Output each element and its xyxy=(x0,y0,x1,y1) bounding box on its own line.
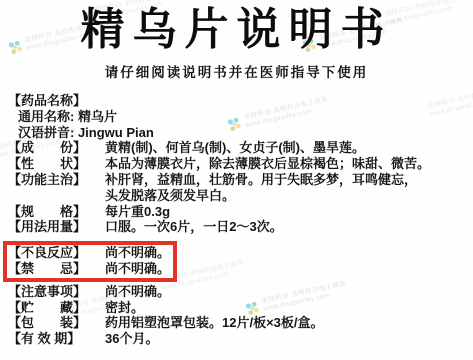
spec-row-storage: 【贮 藏】 密封。 xyxy=(8,300,469,316)
spec-row-strength: 【规 格】 每片重0.3g xyxy=(8,204,469,220)
row-label: 【不良反应】 xyxy=(8,245,105,261)
row-label: 【规 格】 xyxy=(8,204,105,220)
spec-row-adverse-reactions: 【不良反应】 尚不明确。 xyxy=(8,245,170,261)
row-label: 【用法用量】 xyxy=(8,219,105,235)
row-content: 尚不明确。 xyxy=(105,261,170,277)
highlight-box: 【不良反应】 尚不明确。 【禁 忌】 尚不明确。 xyxy=(3,241,177,282)
row-content: 尚不明确。 xyxy=(105,245,170,261)
spec-row-contraindications: 【禁 忌】 尚不明确。 xyxy=(8,261,170,277)
row-content: 36个月。 xyxy=(105,331,158,347)
drug-leaflet: 美特药谷 美特药谷电子商务www.drugvalley.com 美特药谷 美特药… xyxy=(0,0,473,360)
page-title: 精乌片说明书 xyxy=(0,0,473,55)
row-label: 【禁 忌】 xyxy=(8,261,105,277)
row-content: 黄精(制)、何首乌(制)、女贞子(制)、墨旱莲。 xyxy=(105,140,365,156)
usage-warning-subtitle: 请仔细阅读说明书并在医师指导下使用 xyxy=(0,61,473,81)
row-label: 【注意事项】 xyxy=(8,284,105,300)
leaflet-body: 【药品名称】 通用名称: 精乌片 汉语拼音: Jingwu Pian 【成 份】… xyxy=(8,93,469,347)
row-content: 汉语拼音: Jingwu Pian xyxy=(18,125,154,141)
spec-row-packaging: 【包 装】 药用铝塑泡罩包装。12片/板×3板/盒。 xyxy=(8,315,469,331)
spec-row-ingredients: 【成 份】 黄精(制)、何首乌(制)、女贞子(制)、墨旱莲。 xyxy=(8,140,469,156)
spec-row-functions: 【功能主治】 补肝肾，益精血，壮筋骨。用于失眠多梦，耳鸣健忘， xyxy=(8,172,469,188)
row-content: 每片重0.3g xyxy=(105,204,170,220)
spec-row-functions-cont: 头发脱落及须发早白。 xyxy=(8,188,469,204)
row-content: 通用名称: 精乌片 xyxy=(18,109,117,125)
row-label: 【成 份】 xyxy=(8,140,105,156)
spec-row-dosage: 【用法用量】 口服。一次6片，一日2～3次。 xyxy=(8,219,469,235)
row-content: 药用铝塑泡罩包装。12片/板×3板/盒。 xyxy=(105,315,324,331)
row-content: 密封。 xyxy=(105,300,144,316)
row-label: 【有 效 期】 xyxy=(8,331,105,347)
row-content: 口服。一次6片，一日2～3次。 xyxy=(105,219,283,235)
row-content: 头发脱落及须发早白。 xyxy=(105,188,235,204)
spec-row-description: 【性 状】 本品为薄膜衣片，除去薄膜衣后显棕褐色；味甜、微苦。 xyxy=(8,156,469,172)
spec-row-generic-name: 通用名称: 精乌片 xyxy=(8,109,469,125)
row-label: 【药品名称】 xyxy=(8,93,105,109)
spec-row-pinyin: 汉语拼音: Jingwu Pian xyxy=(8,125,469,141)
row-content: 尚不明确。 xyxy=(105,284,170,300)
row-label: 【性 状】 xyxy=(8,156,105,172)
row-label: 【贮 藏】 xyxy=(8,300,105,316)
spec-row-drug-name: 【药品名称】 xyxy=(8,93,469,109)
spec-row-shelf-life: 【有 效 期】 36个月。 xyxy=(8,331,469,347)
row-label: 【功能主治】 xyxy=(8,172,105,188)
row-content: 本品为薄膜衣片，除去薄膜衣后显棕褐色；味甜、微苦。 xyxy=(105,156,430,172)
row-label: 【包 装】 xyxy=(8,315,105,331)
row-content: 补肝肾，益精血，壮筋骨。用于失眠多梦，耳鸣健忘， xyxy=(105,172,417,188)
spec-row-precautions: 【注意事项】 尚不明确。 xyxy=(8,284,469,300)
